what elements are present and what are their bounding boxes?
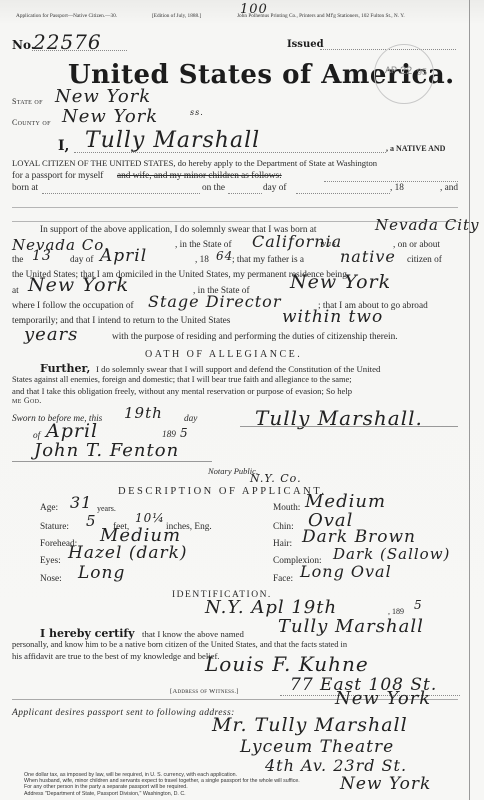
occupation-label: where I follow the occupation of	[12, 301, 134, 311]
age-label: Age:	[40, 503, 58, 513]
age-value: 31	[70, 493, 92, 512]
stamp-day: 22	[400, 65, 412, 77]
description-heading: DESCRIPTION OF APPLICANT.	[118, 486, 326, 497]
i-label: I,	[58, 138, 69, 154]
applicant-name: Tully Marshall	[85, 128, 260, 153]
page-edge-line	[469, 0, 470, 800]
county-suffix: ss.	[190, 108, 204, 117]
certify-label: I hereby certify	[40, 627, 135, 640]
day-of-label-2: day of	[70, 255, 94, 265]
date-stamp: AP 22 95	[374, 44, 434, 104]
birth-year-prefix: , 18	[195, 255, 209, 265]
oath-line-3: and that I take this obligation freely, …	[12, 386, 352, 396]
sworn-year: 5	[180, 426, 189, 440]
return-period-2: years	[24, 324, 78, 345]
send-to-line-4: New York	[340, 774, 431, 794]
stamp-year: 95	[417, 67, 427, 77]
issued-label: Issued	[287, 39, 324, 50]
sworn-month: April	[46, 420, 98, 442]
certify-line-1: that I know the above named	[142, 629, 244, 639]
complexion-value: Dark (Sallow)	[333, 545, 450, 563]
state-label: State of	[12, 97, 43, 106]
certify-line-2: personally, and know him to be a native …	[12, 640, 347, 649]
birth-day: 13	[32, 248, 52, 264]
mouth-label: Mouth:	[273, 503, 300, 513]
day-of-rule	[296, 193, 390, 194]
identification-year: 5	[414, 598, 423, 612]
return-period-1: within two	[282, 307, 383, 327]
birth-city: Nevada City	[375, 216, 480, 234]
on-the-rule	[228, 193, 262, 194]
notary-rule	[12, 461, 212, 462]
intro-line-2: LOYAL CITIZEN OF THE UNITED STATES, do h…	[12, 158, 377, 168]
hair-label: Hair:	[273, 539, 292, 549]
passport-application-page: Application for Passport—Native Citizen.…	[0, 0, 484, 800]
stamp-month: AP	[385, 65, 397, 75]
send-to-label: Applicant desires passport sent to follo…	[12, 708, 235, 718]
on-or-about-label: , on or about	[393, 240, 440, 250]
face-label: Face:	[273, 574, 293, 584]
notary-county: N.Y. Co.	[250, 472, 302, 485]
year-label: , 18	[390, 183, 404, 193]
signature-rule	[240, 426, 458, 427]
the-label: the	[12, 255, 23, 265]
identification-year-prefix: , 189	[388, 607, 404, 616]
blank-line-1	[12, 207, 458, 208]
birth-month: April	[100, 246, 147, 266]
day-of-label: day of	[263, 183, 287, 193]
on-the-label: on the	[202, 183, 225, 193]
witness-address-2: New York	[335, 688, 431, 709]
form-edition: [Edition of July, 1888.]	[152, 13, 201, 19]
eyes-label: Eyes:	[40, 556, 61, 566]
born-at-rule	[42, 193, 200, 194]
and-label: , and	[440, 183, 458, 193]
intro-line-3-rule	[324, 181, 458, 182]
stature-feet: 5	[86, 512, 97, 530]
age-unit: years.	[97, 504, 116, 513]
stature-inches: 10¼	[135, 511, 165, 525]
occupation-value: Stage Director	[148, 292, 281, 311]
handwritten-mark: 100	[240, 2, 268, 17]
father-status: native	[340, 247, 396, 266]
county-label: County of	[12, 118, 51, 127]
form-title: Application for Passport—Native Citizen.…	[16, 13, 117, 19]
certified-name: Tully Marshall	[278, 616, 424, 637]
oath-heading: OATH OF ALLEGIANCE.	[145, 349, 302, 360]
chin-label: Chin:	[273, 522, 294, 532]
intro-line-3-prefix: for a passport for myself	[12, 171, 103, 181]
birth-year-suffix: 64	[216, 249, 233, 263]
name-rule	[74, 152, 386, 153]
sworn-day-label: day	[184, 414, 197, 424]
footnote-4: Address "Department of State, Passport D…	[24, 791, 300, 797]
county-value: New York	[62, 106, 158, 127]
nose-value: Long	[78, 563, 125, 583]
nose-label: Nose:	[40, 574, 62, 584]
sworn-day: 19th	[124, 404, 163, 422]
eyes-value: Hazel (dark)	[68, 543, 188, 563]
witness-signature: Louis F. Kuhne	[205, 652, 369, 676]
send-to-line-2: Lyceum Theatre	[240, 737, 394, 757]
residence-state: New York	[290, 271, 391, 293]
oath-line-2: States against all enemies, foreign and …	[12, 375, 352, 384]
oath-line-1: I do solemnly swear that I will support …	[96, 364, 380, 374]
oath-line-4: me God.	[12, 396, 42, 405]
state-value: New York	[55, 86, 151, 107]
residence-city: New York	[28, 274, 129, 296]
father-status-over: was	[320, 240, 337, 248]
footnotes: One dollar tax, as imposed by law, will …	[24, 772, 300, 797]
witness-address-label: [Address of Witness.]	[170, 688, 239, 695]
born-at-label: born at	[12, 183, 38, 193]
oath-further: Further,	[40, 362, 90, 375]
purpose-label: with the purpose of residing and perform…	[112, 332, 398, 342]
birth-county: Nevada Co.	[12, 236, 110, 254]
stature-label: Stature:	[40, 522, 69, 532]
intro-line-3-struck: and wife, and my minor children as follo…	[117, 171, 282, 181]
mouth-value: Medium	[305, 491, 386, 512]
face-value: Long Oval	[300, 562, 392, 581]
hair-value: Dark Brown	[302, 527, 416, 547]
identification-place-date: N.Y. Apl 19th	[205, 597, 337, 618]
notary-signature: John T. Fenton	[34, 440, 179, 461]
native-text: , a NATIVE AND	[386, 144, 445, 153]
sworn-year-prefix: 189	[162, 430, 176, 440]
father-label: ; that my father is a	[232, 255, 304, 265]
send-to-line-1: Mr. Tully Marshall	[212, 714, 408, 736]
at-label: at	[12, 286, 19, 296]
citizen-of-label: citizen of	[407, 255, 442, 265]
certify-line-3: his affidavit are true to the best of my…	[12, 651, 219, 661]
number-rule	[32, 50, 127, 51]
